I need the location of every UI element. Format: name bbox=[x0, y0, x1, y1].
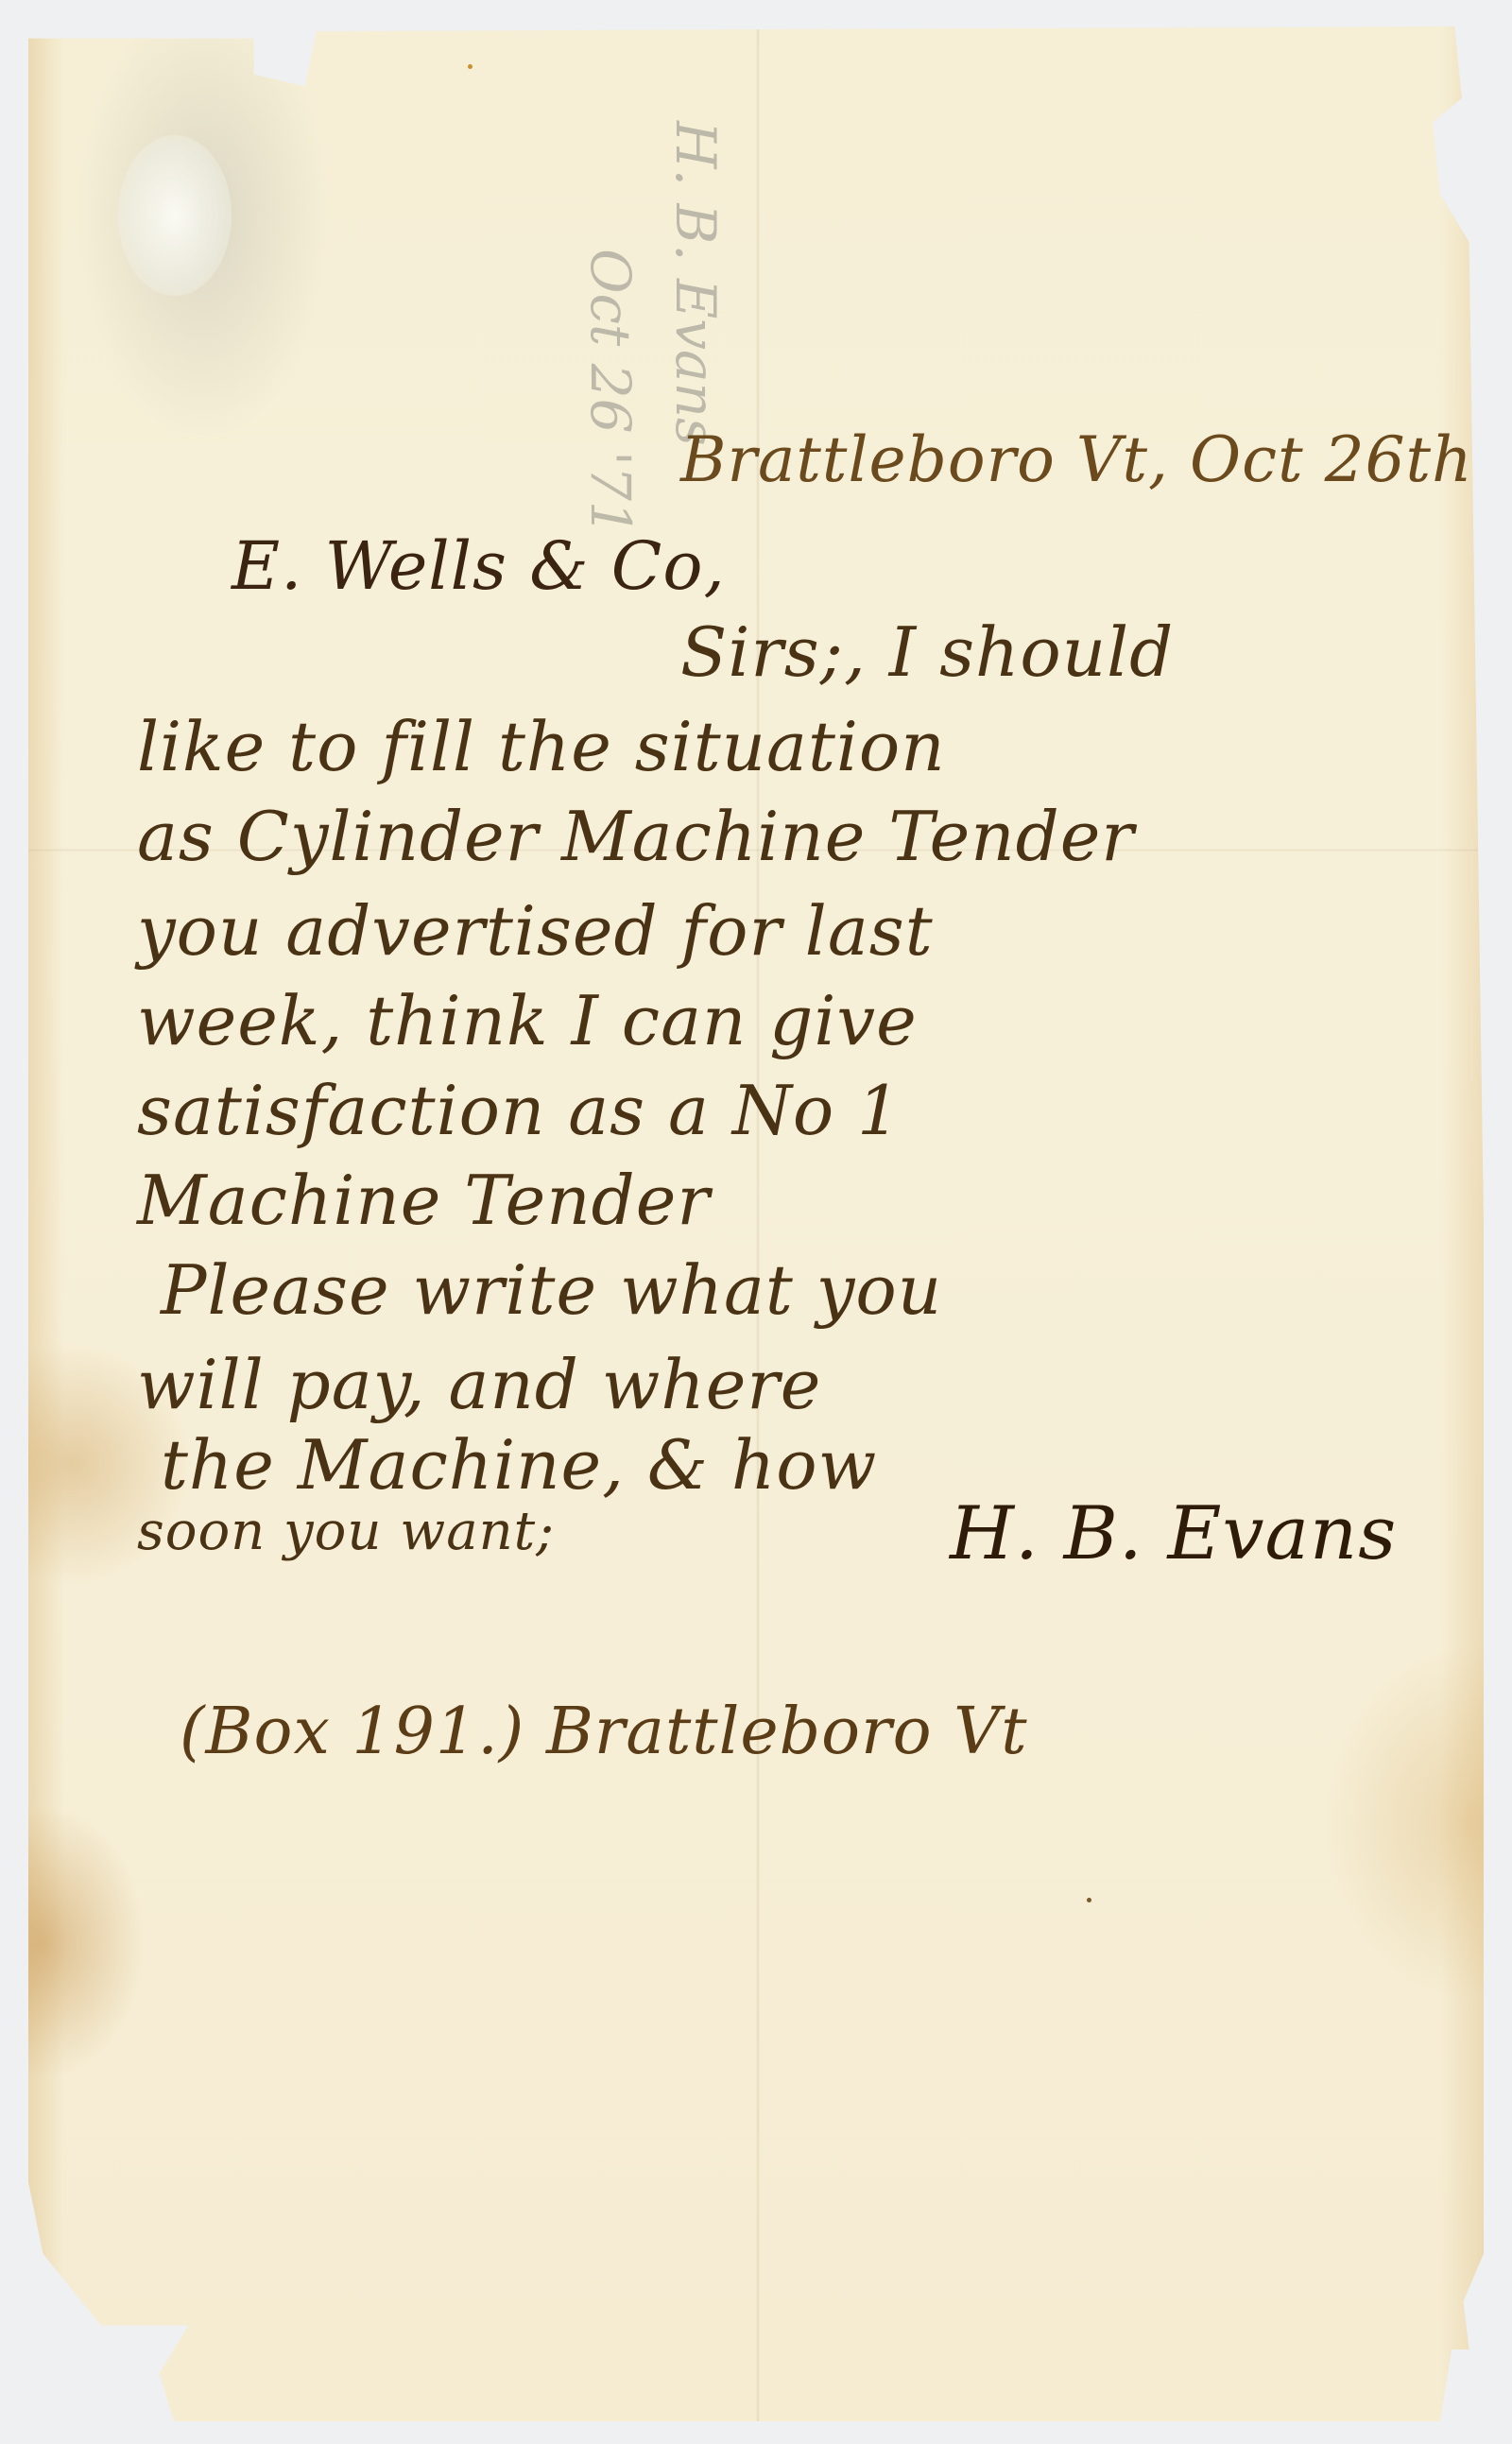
body-line-8: Please write what you bbox=[161, 1250, 942, 1330]
ink-speck bbox=[468, 64, 472, 69]
dateline: Brattleboro Vt, Oct 26th 71 bbox=[680, 423, 1512, 496]
body-line-2: like to fill the situation bbox=[137, 707, 946, 786]
body-line-5: week, think I can give bbox=[137, 981, 918, 1060]
signature: H. B. Evans bbox=[950, 1491, 1397, 1576]
vertical-fold-crease bbox=[756, 26, 760, 2421]
docket-name: H. B. Evans bbox=[663, 121, 728, 446]
docket-date: Oct 26 '71 bbox=[578, 249, 643, 536]
body-line-11: soon you want; bbox=[137, 1501, 555, 1562]
return-address: (Box 191.) Brattleboro Vt bbox=[180, 1695, 1028, 1769]
salutation: E. Wells & Co, bbox=[232, 527, 726, 605]
letter-paper: H. B. Evans Oct 26 '71 Brattleboro Vt, O… bbox=[28, 26, 1484, 2421]
body-line-10: the Machine, & how bbox=[161, 1425, 877, 1505]
body-line-7: Machine Tender bbox=[137, 1161, 711, 1240]
wax-seal-residue bbox=[118, 135, 232, 296]
body-line-1: Sirs;, I should bbox=[680, 612, 1174, 692]
body-line-4: you advertised for last bbox=[137, 891, 934, 971]
body-line-9: will pay, and where bbox=[137, 1345, 821, 1424]
body-line-6: satisfaction as a No 1 bbox=[137, 1071, 902, 1150]
ink-speck bbox=[1087, 1898, 1091, 1902]
body-line-3: as Cylinder Machine Tender bbox=[137, 797, 1135, 876]
